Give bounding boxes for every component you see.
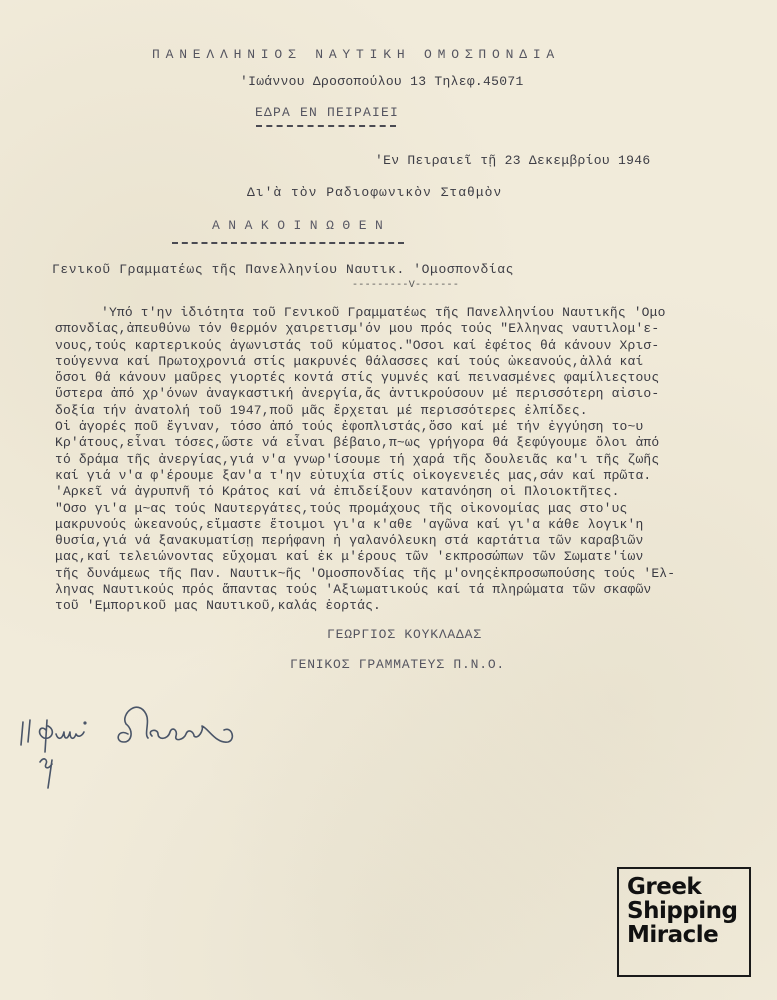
organization-address: 'Ιωάννου Δροσοπούλου 13 Τηλεφ.45071 [240, 74, 524, 89]
greek-shipping-miracle-logo: Greek Shipping Miracle [617, 867, 751, 977]
body-line: 'Υπό τ'ην ἰδιότητα τοῦ Γενικοῦ Γραμματέω… [55, 305, 705, 321]
body-line: ὅσοι θά κάνουν μαῦρες γιορτές κοντά στίς… [55, 370, 705, 386]
subject-underline: ---------V------- [352, 280, 459, 291]
recipient-line: Δι'ὰ τὸν Ραδιοφωνικὸν Σταθμὸν [247, 185, 502, 200]
title-underline [172, 242, 404, 244]
date-line: 'Εν Πειραιεῖ τῇ 23 Δεκεμβρίου 1946 [375, 153, 650, 168]
body-line: σπονδίας,ἀπευθύνω τόν θερμόν χαιρετισμ'ό… [55, 321, 705, 337]
logo-line: Miracle [627, 923, 749, 947]
organization-name: ΠΑΝΕΛΛΗΝΙΟΣ ΝΑΥΤΙΚΗ ΟΜΟΣΠΟΝΔΙΑ [152, 47, 560, 62]
body-line: ὕστερα ἀπό χρ'όνων ἀναγκαστική ἀνεργία,ἄ… [55, 386, 705, 402]
body-line: 'Αρκεῖ νά ἀγρυπνῆ τό Κράτος καί νά ἐπιδε… [55, 484, 705, 500]
body-line: τοῦ 'Εμπορικοῦ μας Ναυτικοῦ,καλάς ἑορτάς… [55, 598, 705, 614]
body-line: Οἱ ἀγορές ποῦ ἔγιναν, τόσο ἀπό τούς ἐφοπ… [55, 419, 705, 435]
body-line: τούγεννα καί Πρωτοχρονιά στίς μακρυνές θ… [55, 354, 705, 370]
body-line: νους,τούς καρτερικούς ἀγωνιστάς τοῦ κύμα… [55, 338, 705, 354]
signatory-title: ΓΕΝΙΚΟΣ ΓΡΑΜΜΑΤΕΥΣ Π.Ν.Ο. [290, 657, 505, 672]
body-line: τῆς δυνάμεως τῆς Παν. Ναυτικ~ῆς 'Ομοσπον… [55, 566, 705, 582]
logo-line: Shipping [627, 899, 749, 923]
body-line: Κρ'άτους,εἶναι τόσες,ὥστε νά εἶναι βέβαι… [55, 435, 705, 451]
body-line: μακρυνούς ὠκεανούς,εἴμαστε ἕτοιμοι γι'α … [55, 517, 705, 533]
body-line: δοξία τήν ἀνατολή τοῦ 1947,ποῦ μᾶς ἔρχετ… [55, 403, 705, 419]
letter-body: 'Υπό τ'ην ἰδιότητα τοῦ Γενικοῦ Γραμματέω… [55, 305, 705, 615]
signatory-name: ΓΕΩΡΓΙΟΣ ΚΟΥΚΛΑΔΑΣ [327, 627, 482, 642]
organization-seat: ΕΔΡΑ ΕΝ ΠΕΙΡΑΙΕΙ [255, 105, 399, 120]
body-line: μας,καί τελειώνοντας εὔχομαι καί ἐκ μ'έρ… [55, 549, 705, 565]
handwritten-note [18, 690, 248, 800]
subject-line: Γενικοῦ Γραμματέως τῆς Πανελληνίου Ναυτι… [52, 262, 514, 277]
logo-line: Greek [627, 875, 749, 899]
body-line: τό δράμα τῆς ἀνεργίας,γιά ν'α γνωρ'ίσουμ… [55, 452, 705, 468]
document-title: ΑΝΑΚΟΙΝΩΘΕΝ [212, 218, 391, 233]
body-line: καί γιά ν'α φ'έρουμε ξαν'α τ'ην εὐτυχία … [55, 468, 705, 484]
typewritten-letter: ΠΑΝΕΛΛΗΝΙΟΣ ΝΑΥΤΙΚΗ ΟΜΟΣΠΟΝΔΙΑ 'Ιωάννου … [0, 0, 777, 1000]
body-line: θυσία,γιά νά ξανακυματίσῃ περήφανη ἡ γαλ… [55, 533, 705, 549]
body-line: "Οσο γι'α μ~ας τούς Ναυτεργάτες,τούς προ… [55, 501, 705, 517]
body-line: ληνας Ναυτικούς πρός ἅπαντας τούς 'Αξιωμ… [55, 582, 705, 598]
seat-underline [256, 125, 396, 127]
